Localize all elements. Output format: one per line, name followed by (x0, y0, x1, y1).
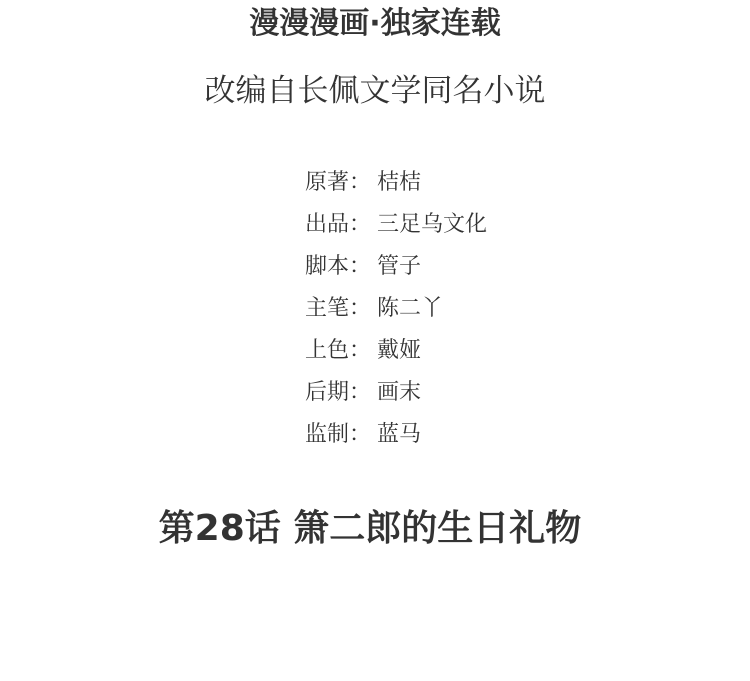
credit-row-producer: 出品：三足乌文化 (305, 204, 565, 246)
credit-name: 画末 (377, 372, 421, 414)
credit-row-supervisor: 监制：蓝马 (305, 414, 565, 456)
credit-separator: ： (349, 162, 377, 204)
credit-role: 后期 (305, 372, 349, 414)
credit-separator: ： (349, 288, 377, 330)
credit-row-original-author: 原著：桔桔 (305, 162, 565, 204)
credit-name: 蓝马 (377, 414, 421, 456)
credit-role: 出品 (305, 204, 349, 246)
credit-role: 主笔 (305, 288, 349, 330)
credit-name: 陈二丫 (377, 288, 443, 330)
credit-separator: ： (349, 330, 377, 372)
credit-separator: ： (349, 204, 377, 246)
credit-row-lead-artist: 主笔：陈二丫 (305, 288, 565, 330)
credit-name: 三足乌文化 (377, 204, 487, 246)
credit-separator: ： (349, 372, 377, 414)
header-title: 漫漫漫画·独家连载 (0, 4, 750, 44)
credit-name: 管子 (377, 246, 421, 288)
subtitle: 改编自长佩文学同名小说 (0, 70, 750, 112)
credit-role: 脚本 (305, 246, 349, 288)
credit-role: 原著 (305, 162, 349, 204)
credit-name: 桔桔 (377, 162, 421, 204)
credit-role: 上色 (305, 330, 349, 372)
credit-row-colorist: 上色：戴娅 (305, 330, 565, 372)
credits-list: 原著：桔桔 出品：三足乌文化 脚本：管子 主笔：陈二丫 上色：戴娅 后期：画末 … (305, 162, 565, 456)
chapter-title: 第28话 箫二郎的生日礼物 (0, 506, 740, 552)
credit-role: 监制 (305, 414, 349, 456)
credit-separator: ： (349, 246, 377, 288)
credit-row-post-production: 后期：画末 (305, 372, 565, 414)
credit-row-script: 脚本：管子 (305, 246, 565, 288)
credit-separator: ： (349, 414, 377, 456)
credit-name: 戴娅 (377, 330, 421, 372)
